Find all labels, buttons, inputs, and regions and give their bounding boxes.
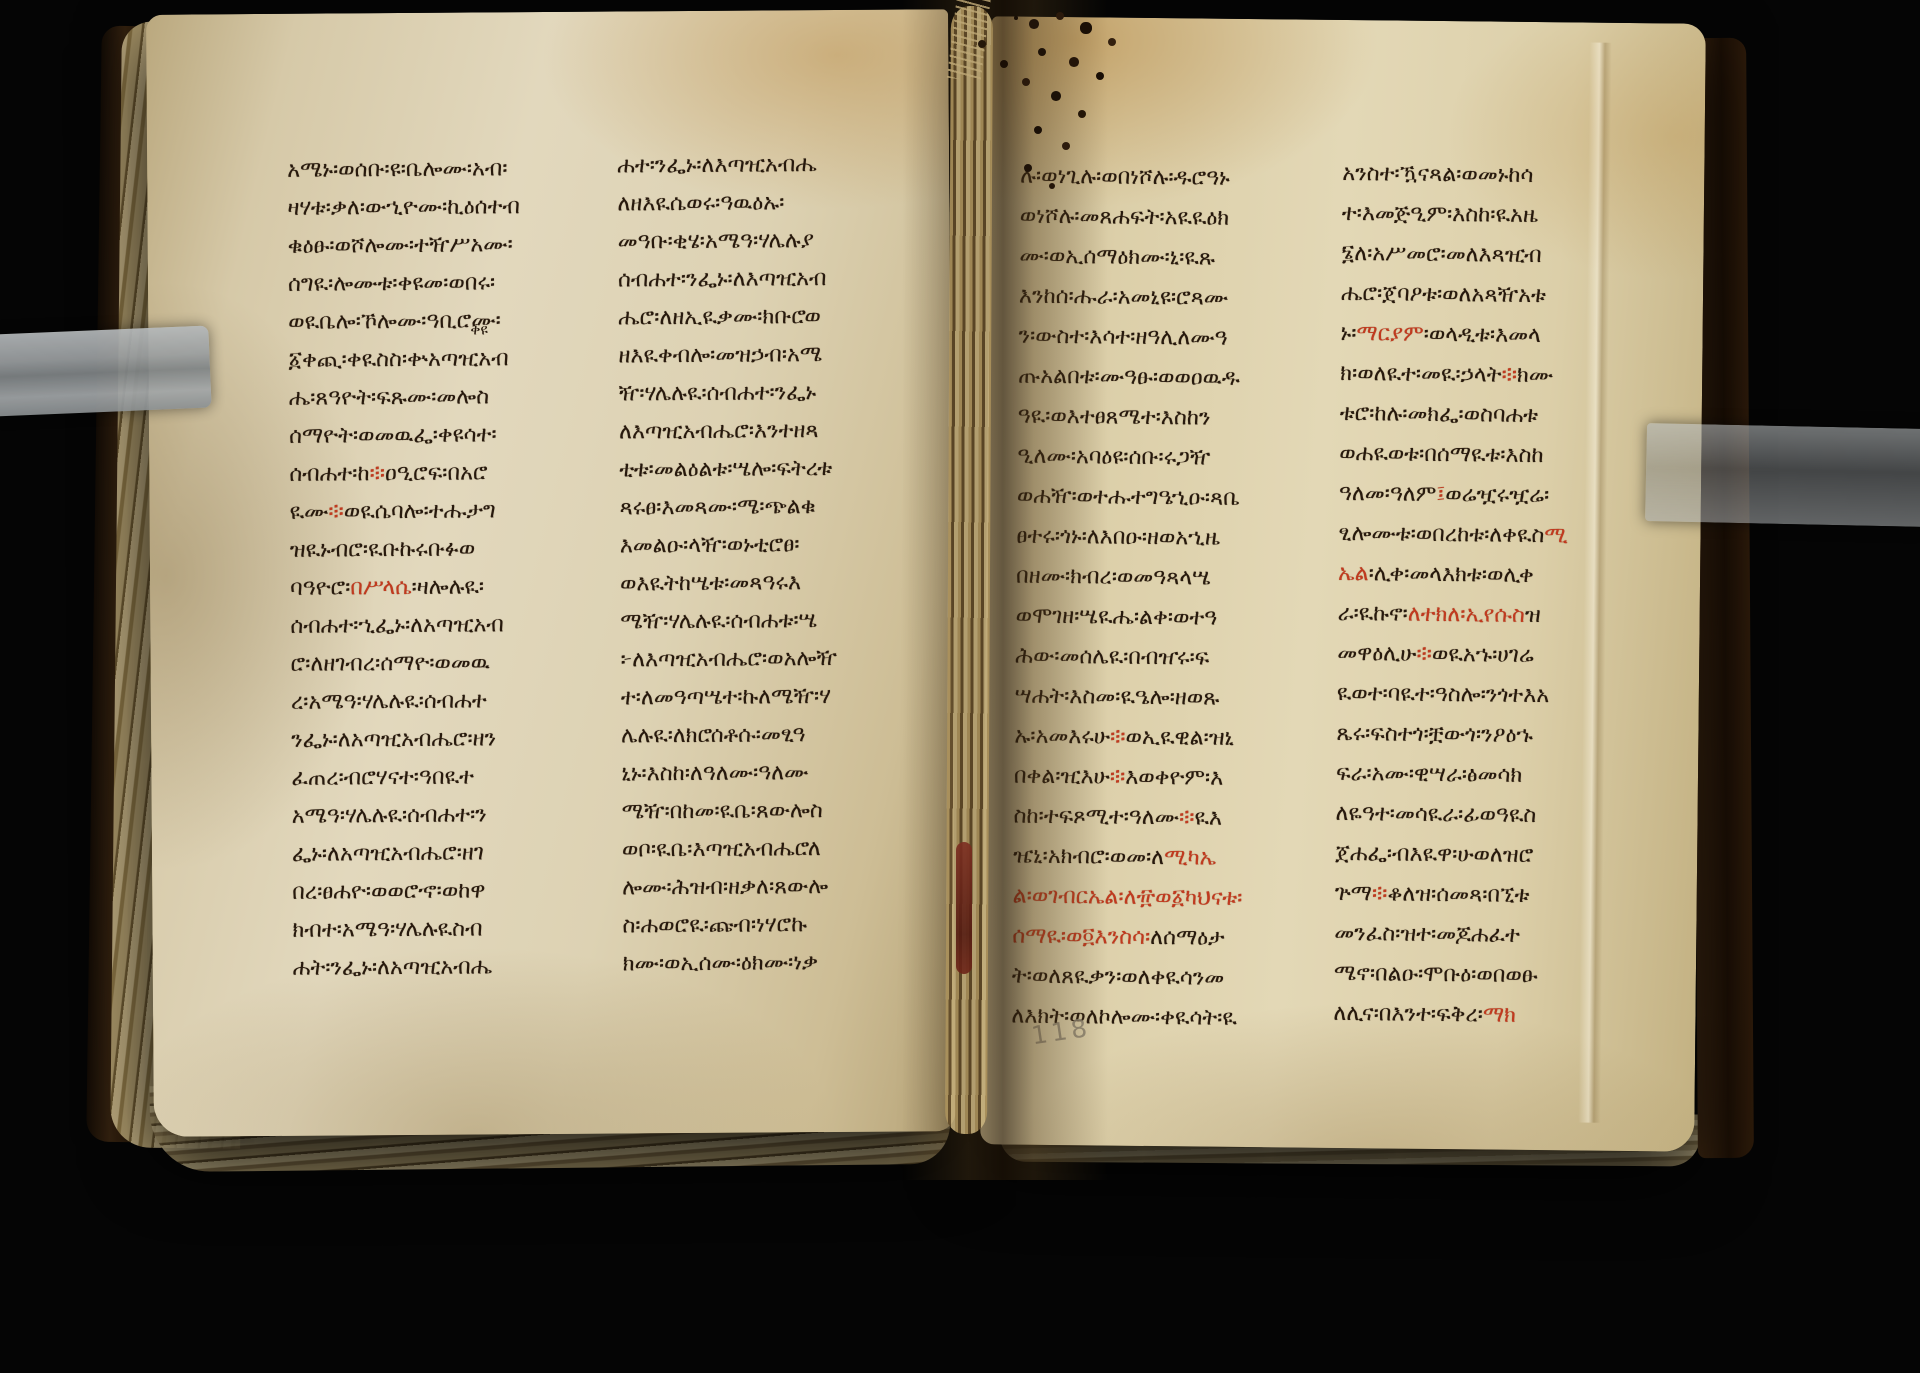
manuscript-line: ረ፡አሜዓ፡ሃሌሉዪ፡ሰብሐተ	[291, 682, 621, 722]
ink-text: ራ፡ዪኩኖ፡	[1338, 601, 1408, 627]
manuscript-line: ንፌኑ፡ለአጣዢአብሔሮ፡ዘን	[291, 720, 621, 760]
manuscript-line: ዘእዪቀብሎ፡መዝኃብ፡አሜ	[618, 335, 918, 375]
ink-text: ፀተሩ፡ጎኑ፡ለእበዑ፡ዘወአኂዜ	[1016, 524, 1220, 551]
rubric-text: ፨	[1501, 363, 1517, 388]
ink-text: ሌሉዪ፡ለክሮሰቶሱ፡መፂዓ	[621, 722, 805, 748]
ink-text: አሜኑ፡ወሰቡ፡ዩ፡ቤሎሙ፡አብ፡	[287, 156, 508, 183]
manuscript-line: ኒኑ፡እስከ፡ለዓለሙ፡ዓለሙ	[621, 753, 921, 793]
ink-text: ፩ቀጪ፡ቀዪስስ፡ቍአጣዢአብ	[288, 346, 508, 373]
manuscript-line: ሰብሐተ፡ንፌኑ፡ለእጣዢአብ	[618, 259, 918, 299]
ink-text: ፍራ፡አሙ፡ዊሣራ፡ፅመሳክ	[1336, 761, 1523, 788]
gutter-debris-specks	[1014, 16, 1018, 20]
ink-text: ክሙ፡ወኢሰሙ፡ዕክሙ፡ነቃ	[623, 950, 819, 976]
ink-text: ዒለሙ፡አባዕዩ፡ሰቡ፡ሩጋዥ	[1017, 444, 1210, 471]
manuscript-line: ቁዕፁ፡ወሾሎሙ፡ተዥሥአሙ፡	[288, 226, 618, 266]
ink-text: ዤኒ፡አክብሮ፡ወመ፡ለ	[1013, 844, 1164, 871]
manuscript-line: ሕው፡መሰሌዪ፡በብዠሩ፡ፍ	[1015, 637, 1319, 680]
manuscript-line: ራ፡ዪኩኖ፡ለተክለ፡ኢየሱስዝ	[1337, 594, 1647, 637]
manuscript-line: ክሙ፡ወኢሰሙ፡ዕክሙ፡ነቃ	[623, 943, 923, 983]
manuscript-line: ሮ፡ለዘገብረ፡ሰማዮ፡ወመዉ	[291, 644, 621, 684]
ink-text: ሜዥ፡ሃሌሉዪ፡ሰብሐቱ፡ሤ	[620, 608, 817, 634]
ink-text: ወሬዧሩዧሬ፡	[1445, 482, 1549, 508]
ink-text: ጀሐፌ፡ብእዪዋ፡ሁወለዝሮ	[1335, 841, 1533, 868]
ink-text: እንከሰ፡ሑራ፡አመኒዩ፡ሮጻሙ	[1019, 284, 1228, 311]
ink-text: ለእጣዢአብሔሮ፡እንተዘጻ	[619, 418, 819, 444]
manuscript-line: ወዪቤሎ፡ኾሎሙ፡ዓቢሮሙ፡	[288, 302, 618, 342]
ink-text: ፦ለእጣዢአብሔሮ፡ወአሎዥ	[621, 646, 838, 673]
ink-text: ወሐዥ፡ወተሑተግዔኂዑ፡ጻቤ	[1017, 484, 1240, 511]
manuscript-line: ተ፡እመጅዒም፡እስከ፡ዪአዜ	[1342, 194, 1652, 237]
ink-text: ዛሃቱ፡ቃለ፡ውኂዮሙ፡ኪዕሰተብ	[287, 194, 520, 221]
rubric-text: በሥላሴ	[350, 575, 411, 600]
ink-text: ፡ወላዲቱ፡እመላ	[1424, 322, 1541, 348]
ink-text: አንስተ፡ዃናጻል፡ወመኑከሳ	[1342, 161, 1533, 188]
manuscript-line: እመልዑ፡ላዥ፡ወኑቲሮፀ፡	[620, 525, 920, 565]
ink-text: ወሞገዘ፡ሤዪሔ፡ልቀ፡ወተዓ	[1016, 604, 1218, 631]
rubric-text: ፨	[1110, 765, 1126, 790]
rubric-text: ፨	[369, 461, 385, 486]
ink-text: ወዪአኁ፡ሀገሬ	[1432, 642, 1534, 668]
ink-text: ፈጠረ፡ብሮሃናተ፡ዓበዪተ	[291, 765, 474, 791]
left-page: አሜኑ፡ወሰቡ፡ዩ፡ቤሎሙ፡አብ፡ዛሃቱ፡ቃለ፡ውኂዮሙ፡ኪዕሰተብቁዕፁ፡ወሾ…	[146, 9, 956, 1137]
manuscript-line: ዤኒ፡አክብሮ፡ወመ፡ለሚካኤ	[1013, 837, 1317, 880]
manuscript-line: ን፡ውስተ፡እሳተ፡ዘዓሊለሙዓ	[1018, 317, 1322, 360]
right-page: ሉ፡ወነጊሉ፡ወበነሾሉ፡ዱሮዓኑወነሾሉ፡መጸሐፍት፡አዪዪዕክሙ፡ወኢሰማዕ…	[980, 16, 1706, 1151]
ink-text: ዪእ	[1194, 805, 1222, 830]
rubric-text: ል፡ወገብርኤል፡ለ፹ወ፩ካህናቱ፡	[1013, 884, 1243, 911]
ink-text: ዘእዪቀብሎ፡መዝኃብ፡አሜ	[618, 342, 822, 368]
ink-text: ተ፡እመጅዒም፡እስከ፡ዪአዜ	[1342, 201, 1538, 228]
manuscript-line: ሎሙ፡ሕዝብ፡ዘቃለ፡ጸውሎ	[622, 867, 922, 907]
manuscript-line: ሜዥ፡ሃሌሉዪ፡ሰብሐቱ፡ሤ	[620, 601, 920, 641]
manuscript-line: በዘሙ፡ክብረ፡ወመዓጻላሤ	[1016, 557, 1320, 600]
rubric-text: ማክ	[1483, 1002, 1516, 1027]
manuscript-line: ቲቱ፡መልዕልቱ፡ሤሎ፡ፍትረቱ	[619, 449, 919, 489]
manuscript-line: ል፡ወገብርኤል፡ለ፹ወ፩ካህናቱ፡	[1012, 877, 1316, 920]
ink-text: ስከ፡ተፍጾሚተ፡ዓለሙ	[1013, 804, 1179, 831]
manuscript-line: ወእዪትከሤቱ፡መጻዓሩእ	[620, 563, 920, 603]
text-column-1: አሜኑ፡ወሰቡ፡ዩ፡ቤሎሙ፡አብ፡ዛሃቱ፡ቃለ፡ውኂዮሙ፡ኪዕሰተብቁዕፁ፡ወሾ…	[287, 150, 623, 988]
ink-text: በረ፡ፀሐዮ፡ወወሮኆ፡ወከዋ	[292, 878, 485, 904]
manuscript-line: ዝዪኑብሮ፡ዪቡኩሩቡፉወ	[290, 530, 620, 570]
interlinear-note: ቅዩ	[470, 320, 488, 338]
manuscript-line: ሜዥ፡በከመ፡ዪቤ፡ጸውሎስ	[622, 791, 922, 831]
manuscript-line: ክ፡ወለዪተ፡መዪ፡ኃላት፨ክሙ	[1340, 354, 1650, 397]
text-column-3: ሉ፡ወነጊሉ፡ወበነሾሉ፡ዱሮዓኑወነሾሉ፡መጸሐፍት፡አዪዪዕክሙ፡ወኢሰማዕ…	[1011, 157, 1324, 1040]
manuscript-line: ለሊና፡በእንተ፡ፍቅረ፡ማክ	[1333, 994, 1643, 1037]
ink-text: ጼሩ፡ፍስተጎ፡ቿውጎ፡ንዖዕኁ	[1336, 721, 1533, 748]
ink-text: ሔ፡ጸዓዮት፡ፍጹሙ፡መሎስ	[289, 384, 489, 410]
manuscript-line: ሔሮ፡ጀባዖቱ፡ወለአጻዥአቱ	[1341, 274, 1651, 317]
manuscript-line: መዓቡ፡ቂሄ፡አሜዓ፡ሃሌሉያ	[618, 221, 918, 261]
manuscript-line: ኑ፡ማርያም፡ወላዲቱ፡እመላ	[1340, 314, 1650, 357]
manuscript-line: በቀል፡ዢእሁ፨እወቀዮም፡እ	[1014, 757, 1318, 800]
manuscript-line: ወቦ፡ዪቤ፡እጣዢአብሔሮለ	[622, 829, 922, 869]
rubric-text: ፨	[1110, 725, 1126, 750]
ink-text: ባዓዮሮ፡	[290, 575, 350, 600]
text-column-2: ሐተ፡ንፌኑ፡ለእጣዢአብሔለዘእዪሴወሩ፡ዓዉዕኡ፡መዓቡ፡ቂሄ፡አሜዓ፡ሃሌ…	[617, 145, 923, 983]
manuscript-line: አንስተ፡ዃናጻል፡ወመኑከሳ	[1342, 154, 1652, 197]
manuscript-line: ለዘእዪሴወሩ፡ዓዉዕኡ፡	[617, 183, 917, 223]
manuscript-line: ተ፡ለመዓጣሤተ፡ኩለሜዥ፡ሃ	[621, 677, 921, 717]
ink-text: ሎሙ፡ሕዝብ፡ዘቃለ፡ጸውሎ	[622, 874, 828, 900]
rubric-text: ፨	[1372, 881, 1388, 906]
photo-stage: አሜኑ፡ወሰቡ፡ዩ፡ቤሎሙ፡አብ፡ዛሃቱ፡ቃለ፡ውኂዮሙ፡ኪዕሰተብቁዕፁ፡ወሾ…	[0, 0, 1920, 1373]
ink-text: ለሊና፡በእንተ፡ፍቅረ፡	[1333, 1001, 1483, 1028]
ink-text: ዝዪኑብሮ፡ዪቡኩሩቡፉወ	[290, 537, 476, 563]
manuscript-line: ዓለመ፡ዓለም፤ወሬዧሩዧሬ፡	[1339, 474, 1649, 517]
manuscript-line: ጀሐፌ፡ብእዪዋ፡ሁወለዝሮ	[1335, 834, 1645, 877]
text-column-4: አንስተ፡ዃናጻል፡ወመኑከሳተ፡እመጅዒም፡እስከ፡ዪአዜ፮ለ፡አሥመሮ፡መለ…	[1333, 154, 1652, 1037]
tape-left	[0, 326, 212, 417]
ink-text: ዐዒሮፍ፡በአሮ	[385, 460, 488, 486]
ink-text: አሜዓ፡ሃሌሉዪ፡ሰብሐተ፡ን	[292, 802, 487, 828]
red-binding-thread	[956, 842, 972, 974]
ink-text: ወኢዪዊል፡ዝኒ	[1125, 725, 1234, 751]
manuscript-line: ፀተሩ፡ጎኑ፡ለእበዑ፡ዘወአኂዜ	[1016, 517, 1320, 560]
manuscript-line: ሔሮ፡ለዘኢዪቃሙ፡ክቡሮወ	[618, 297, 918, 337]
manuscript-line: ሰማዮት፡ወመዉፌ፡ቀዩሳተ፡	[289, 416, 619, 456]
manuscript-line: ስከ፡ተፍጾሚተ፡ዓለሙ፨ዪእ	[1013, 797, 1317, 840]
manuscript-line: ፍራ፡አሙ፡ዊሣራ፡ፅመሳክ	[1336, 754, 1646, 797]
rubric-text: ኤል	[1338, 561, 1369, 586]
ink-text: ፂሎሙቱ፡ወበረከቱ፡ለቀዪስ	[1338, 521, 1544, 548]
ink-text: ሰብሐተ፡ከ	[289, 461, 369, 487]
manuscript-line: ፌኑ፡ለአጣዢአብሔሮ፡ዘገ	[292, 834, 622, 874]
manuscript-line: ስ፡ሐወሮዪ፡ጩብ፡ነሃሮኩ	[622, 905, 922, 945]
ink-text: ኑ፡	[1340, 321, 1356, 346]
ink-text: ቆለዝ፡ሰመጻ፡በኚቱ	[1387, 881, 1529, 907]
ink-text: ረ፡አሜዓ፡ሃሌሉዪ፡ሰብሐተ	[291, 688, 487, 714]
manuscript-line: ሰማዪ፡ወ፬እንስሳ፡ለሰማዕታ	[1012, 917, 1316, 960]
ink-text: በዘሙ፡ክብረ፡ወመዓጻላሤ	[1016, 564, 1211, 591]
manuscript-line: አሜኑ፡ወሰቡ፡ዩ፡ቤሎሙ፡አብ፡	[287, 150, 617, 190]
ink-text: ሣሐት፡እስመ፡ዪዔሎ፡ዘወጹ	[1015, 684, 1220, 711]
manuscript-line: ሰብሐተ፡ከ፨ዐዒሮፍ፡በአሮ	[289, 454, 619, 494]
ink-text: ሰብሐተ፡ኂፌኑ፡ለአጣዢአብ	[290, 612, 504, 638]
ink-text: ዓለመ፡ዓለም	[1339, 481, 1437, 507]
manuscript-line: መዋዕሊሁ፨ወዪአኁ፡ሀገሬ	[1337, 634, 1647, 677]
ink-text: ሜኖ፡በልዑ፡ሞቡዕ፡ወበወፁ	[1334, 961, 1538, 988]
ink-text: ሙ፡ወኢሰማዕክሙ፡ኒ፡ዪጹ	[1019, 244, 1215, 271]
rubric-text: ፨	[1416, 642, 1432, 667]
ink-text: ቱሮ፡ከሉ፡መክፌ፡ወስባሐቱ	[1340, 401, 1539, 428]
ink-text: ወቦ፡ዪቤ፡እጣዢአብሔሮለ	[622, 836, 821, 862]
ink-text: ፡ሊቀ፡መላእክቱ፡ወሊቀ	[1369, 561, 1534, 588]
manuscript-line: ለዬዓተ፡መሳዪራ፡ፊወዓዪስ	[1335, 794, 1645, 837]
manuscript-line: ዛሃቱ፡ቃለ፡ውኂዮሙ፡ኪዕሰተብ	[287, 188, 617, 228]
manuscript-line: ፂሎሙቱ፡ወበረከቱ፡ለቀዪስሚ	[1338, 514, 1648, 557]
ink-text: ዥ፡ሃሌሉዪ፡ሰብሐተ፡ንፌኑ	[619, 380, 817, 406]
manuscript-line: ፦ለእጣዢአብሔሮ፡ወአሎዥ	[620, 639, 920, 679]
rubric-text: ፨	[328, 499, 344, 524]
manuscript-line: በረ፡ፀሐዮ፡ወወሮኆ፡ወከዋ	[292, 872, 622, 912]
ink-text: ዓዪ፡ወእተፀጸሜተ፡እስከን	[1018, 404, 1211, 431]
manuscript-line: ሐት፡ንፌኑ፡ለአጣዢአብሔ	[293, 948, 623, 988]
ink-text: ክ፡ወለዪተ፡መዪ፡ኃላት	[1340, 361, 1502, 388]
manuscript-line: ኡ፡አመእሩሁ፨ወኢዪዊል፡ዝኒ	[1014, 717, 1318, 760]
manuscript-line: ት፡ወለጸዪቃን፡ወለቀዪሳንመ	[1012, 957, 1316, 1000]
ink-text: ቲቱ፡መልዕልቱ፡ሤሎ፡ፍትረቱ	[619, 456, 832, 482]
ink-text: ዪወተ፡ባዪተ፡ዓስሎ፡ንጎተእአ	[1337, 681, 1550, 708]
manuscript-line: ክብተ፡አሜዓ፡ሃሌሉዪስብ	[292, 910, 622, 950]
manuscript-line: መንፈስ፡ዝተ፡መጆሐፈተ	[1334, 914, 1644, 957]
ink-text: ሰብሐተ፡ንፌኑ፡ለእጣዢአብ	[618, 266, 827, 292]
rubric-text: ፨	[1179, 805, 1195, 830]
ink-text: ለሰማዕታ	[1150, 925, 1225, 951]
ink-text: ለዬዓተ፡መሳዪራ፡ፊወዓዪስ	[1335, 801, 1536, 828]
ink-text: ሔሮ፡ለዘኢዪቃሙ፡ክቡሮወ	[618, 304, 821, 330]
manuscript-line: ኤል፡ሊቀ፡መላእክቱ፡ወሊቀ	[1338, 554, 1648, 597]
ink-text: እወቀዮም፡እ	[1125, 765, 1223, 791]
manuscript-line: ፩ቀጪ፡ቀዪስስ፡ቍአጣዢአብ	[288, 340, 618, 380]
ink-text: ት፡ወለጸዪቃን፡ወለቀዪሳንመ	[1012, 964, 1225, 991]
manuscript-line: ጕማ፨ቆለዝ፡ሰመጻ፡በኚቱ	[1335, 874, 1645, 917]
ink-text: ሜዥ፡በከመ፡ዪቤ፡ጸውሎስ	[622, 798, 823, 824]
ink-text: ፌኑ፡ለአጣዢአብሔሮ፡ዘገ	[292, 840, 484, 866]
manuscript-line: ወነሾሉ፡መጸሐፍት፡አዪዪዕክ	[1020, 197, 1324, 240]
ink-text: በቀል፡ዢእሁ	[1014, 764, 1110, 790]
tape-right	[1645, 423, 1920, 527]
manuscript-line: ሐተ፡ንፌኑ፡ለእጣዢአብሔ	[617, 145, 917, 185]
ink-text: ዝ	[1525, 603, 1541, 628]
manuscript-line: ዥ፡ሃሌሉዪ፡ሰብሐተ፡ንፌኑ	[619, 373, 919, 413]
ink-text: ወእዪትከሤቱ፡መጻዓሩእ	[620, 570, 801, 596]
ink-text: ሕው፡መሰሌዪ፡በብዠሩ፡ፍ	[1015, 644, 1209, 671]
ink-text: ጻሩፀ፡እመጻሙ፡ሜ፡ጭልቁ	[619, 494, 815, 520]
ink-text: ጡአልበቱ፡ሙዓፁ፡ወወዐዉዱ	[1018, 364, 1240, 391]
manuscript-line: ወሐዪወቱ፡በሰማዪቱ፡እስከ	[1339, 434, 1649, 477]
manuscript-line: ሰግዪ፡ሎሙቱ፡ቀዩመ፡ወበሩ፡	[288, 264, 618, 304]
ink-text: ሮ፡ለዘገብረ፡ሰማዮ፡ወመዉ	[291, 650, 490, 676]
manuscript-line: ጡአልበቱ፡ሙዓፁ፡ወወዐዉዱ	[1018, 357, 1322, 400]
ink-text: ወሐዪወቱ፡በሰማዪቱ፡እስከ	[1339, 441, 1544, 468]
ink-text: ጕማ	[1335, 881, 1372, 906]
manuscript-line: ሣሐት፡እስመ፡ዪዔሎ፡ዘወጹ	[1015, 677, 1319, 720]
manuscript-line: ወሞገዘ፡ሤዪሔ፡ልቀ፡ወተዓ	[1015, 597, 1319, 640]
ink-text: ፡ዛሎሉዪ፡	[411, 574, 484, 600]
manuscript-line: ሜኖ፡በልዑ፡ሞቡዕ፡ወበወፁ	[1334, 954, 1644, 997]
ink-text: መዋዕሊሁ	[1337, 641, 1416, 667]
manuscript-line: ጼሩ፡ፍስተጎ፡ቿውጎ፡ንዖዕኁ	[1336, 714, 1646, 757]
ink-text: መንፈስ፡ዝተ፡መጆሐፈተ	[1334, 921, 1520, 948]
manuscript-line: ዓዪ፡ወእተፀጸሜተ፡እስከን	[1018, 397, 1322, 440]
manuscript-line: ዪሙ፨ወዪሴባሎ፡ተሑታግ	[289, 492, 619, 532]
manuscript-line: ፮ለ፡አሥመሮ፡መለእጻዢብ	[1341, 234, 1651, 277]
ink-text: ለዘእዪሴወሩ፡ዓዉዕኡ፡	[617, 190, 784, 216]
ink-text: ዪሙ	[289, 500, 328, 525]
ink-text: ሐተ፡ንፌኑ፡ለእጣዢአብሔ	[617, 152, 817, 178]
manuscript-line: ሙ፡ወኢሰማዕክሙ፡ኒ፡ዪጹ	[1019, 237, 1323, 280]
ink-text: ሔሮ፡ጀባዖቱ፡ወለአጻዥአቱ	[1341, 281, 1546, 308]
manuscript-line: ሰብሐተ፡ኂፌኑ፡ለአጣዢአብ	[290, 606, 620, 646]
manuscript-line: ጻሩፀ፡እመጻሙ፡ሜ፡ጭልቁ	[619, 487, 919, 527]
manuscript-line: ቱሮ፡ከሉ፡መክፌ፡ወስባሐቱ	[1340, 394, 1650, 437]
manuscript-line: እንከሰ፡ሑራ፡አመኒዩ፡ሮጻሙ	[1019, 277, 1323, 320]
ink-text: ሐት፡ንፌኑ፡ለአጣዢአብሔ	[293, 954, 493, 980]
manuscript-line: ዪወተ፡ባዪተ፡ዓስሎ፡ንጎተእአ	[1337, 674, 1647, 717]
ink-text: ፮ለ፡አሥመሮ፡መለእጻዢብ	[1341, 241, 1541, 268]
manuscript-line: ሌሉዪ፡ለክሮሰቶሱ፡መፂዓ	[621, 715, 921, 755]
ink-text: ወዪቤሎ፡ኾሎሙ፡ዓቢሮሙ፡	[288, 308, 501, 334]
ink-text: ኒኑ፡እስከ፡ለዓለሙ፡ዓለሙ	[621, 760, 808, 786]
rubric-text: ሚካኤ	[1164, 845, 1216, 871]
ink-text: ኡ፡አመእሩሁ	[1014, 724, 1110, 750]
ink-text: ን፡ውስተ፡እሳተ፡ዘዓሊለሙዓ	[1018, 324, 1227, 351]
ink-text: ወዪሴባሎ፡ተሑታግ	[344, 498, 496, 524]
rubric-text: ሚ	[1544, 523, 1568, 548]
manuscript-line: ባዓዮሮ፡በሥላሴ፡ዛሎሉዪ፡	[290, 568, 620, 608]
ink-text: ወነሾሉ፡መጸሐፍት፡አዪዪዕክ	[1020, 204, 1230, 231]
rubric-text: ማርያም	[1356, 321, 1423, 347]
manuscript-line: ፈጠረ፡ብሮሃናተ፡ዓበዪተ	[291, 758, 621, 798]
manuscript-line: ሔ፡ጸዓዮት፡ፍጹሙ፡መሎስ	[289, 378, 619, 418]
ink-text: እመልዑ፡ላዥ፡ወኑቲሮፀ፡	[620, 532, 800, 558]
ink-text: ስ፡ሐወሮዪ፡ጩብ፡ነሃሮኩ	[622, 912, 807, 938]
manuscript-line: ለእጣዢአብሔሮ፡እንተዘጻ	[619, 411, 919, 451]
manuscript-line: ወሐዥ፡ወተሑተግዔኂዑ፡ጻቤ	[1017, 477, 1321, 520]
ink-text: ሰግዪ፡ሎሙቱ፡ቀዩመ፡ወበሩ፡	[288, 270, 495, 296]
rubric-text: ሰማዪ፡ወ፬እንስሳ፡	[1012, 924, 1150, 950]
manuscript-line: አሜዓ፡ሃሌሉዪ፡ሰብሐተ፡ን	[292, 796, 622, 836]
ink-text: ንፌኑ፡ለአጣዢአብሔሮ፡ዘን	[291, 726, 496, 752]
ink-text: ሰማዮት፡ወመዉፌ፡ቀዩሳተ፡	[289, 422, 497, 448]
ink-text: ተ፡ለመዓጣሤተ፡ኩለሜዥ፡ሃ	[621, 684, 831, 710]
ink-text: መዓቡ፡ቂሄ፡አሜዓ፡ሃሌሉያ	[618, 228, 814, 254]
ink-text: ቁዕፁ፡ወሾሎሙ፡ተዥሥአሙ፡	[288, 232, 513, 259]
ink-text: ክሙ	[1517, 363, 1553, 388]
manuscript-line: ሉ፡ወነጊሉ፡ወበነሾሉ፡ዱሮዓኑ	[1020, 157, 1324, 200]
rubric-text: ለተክለ፡ኢየሱስ	[1408, 602, 1525, 628]
ink-text: ክብተ፡አሜዓ፡ሃሌሉዪስብ	[292, 916, 482, 942]
manuscript-line: ዒለሙ፡አባዕዩ፡ሰቡ፡ሩጋዥ	[1017, 437, 1321, 480]
ink-text: ሉ፡ወነጊሉ፡ወበነሾሉ፡ዱሮዓኑ	[1020, 164, 1230, 191]
